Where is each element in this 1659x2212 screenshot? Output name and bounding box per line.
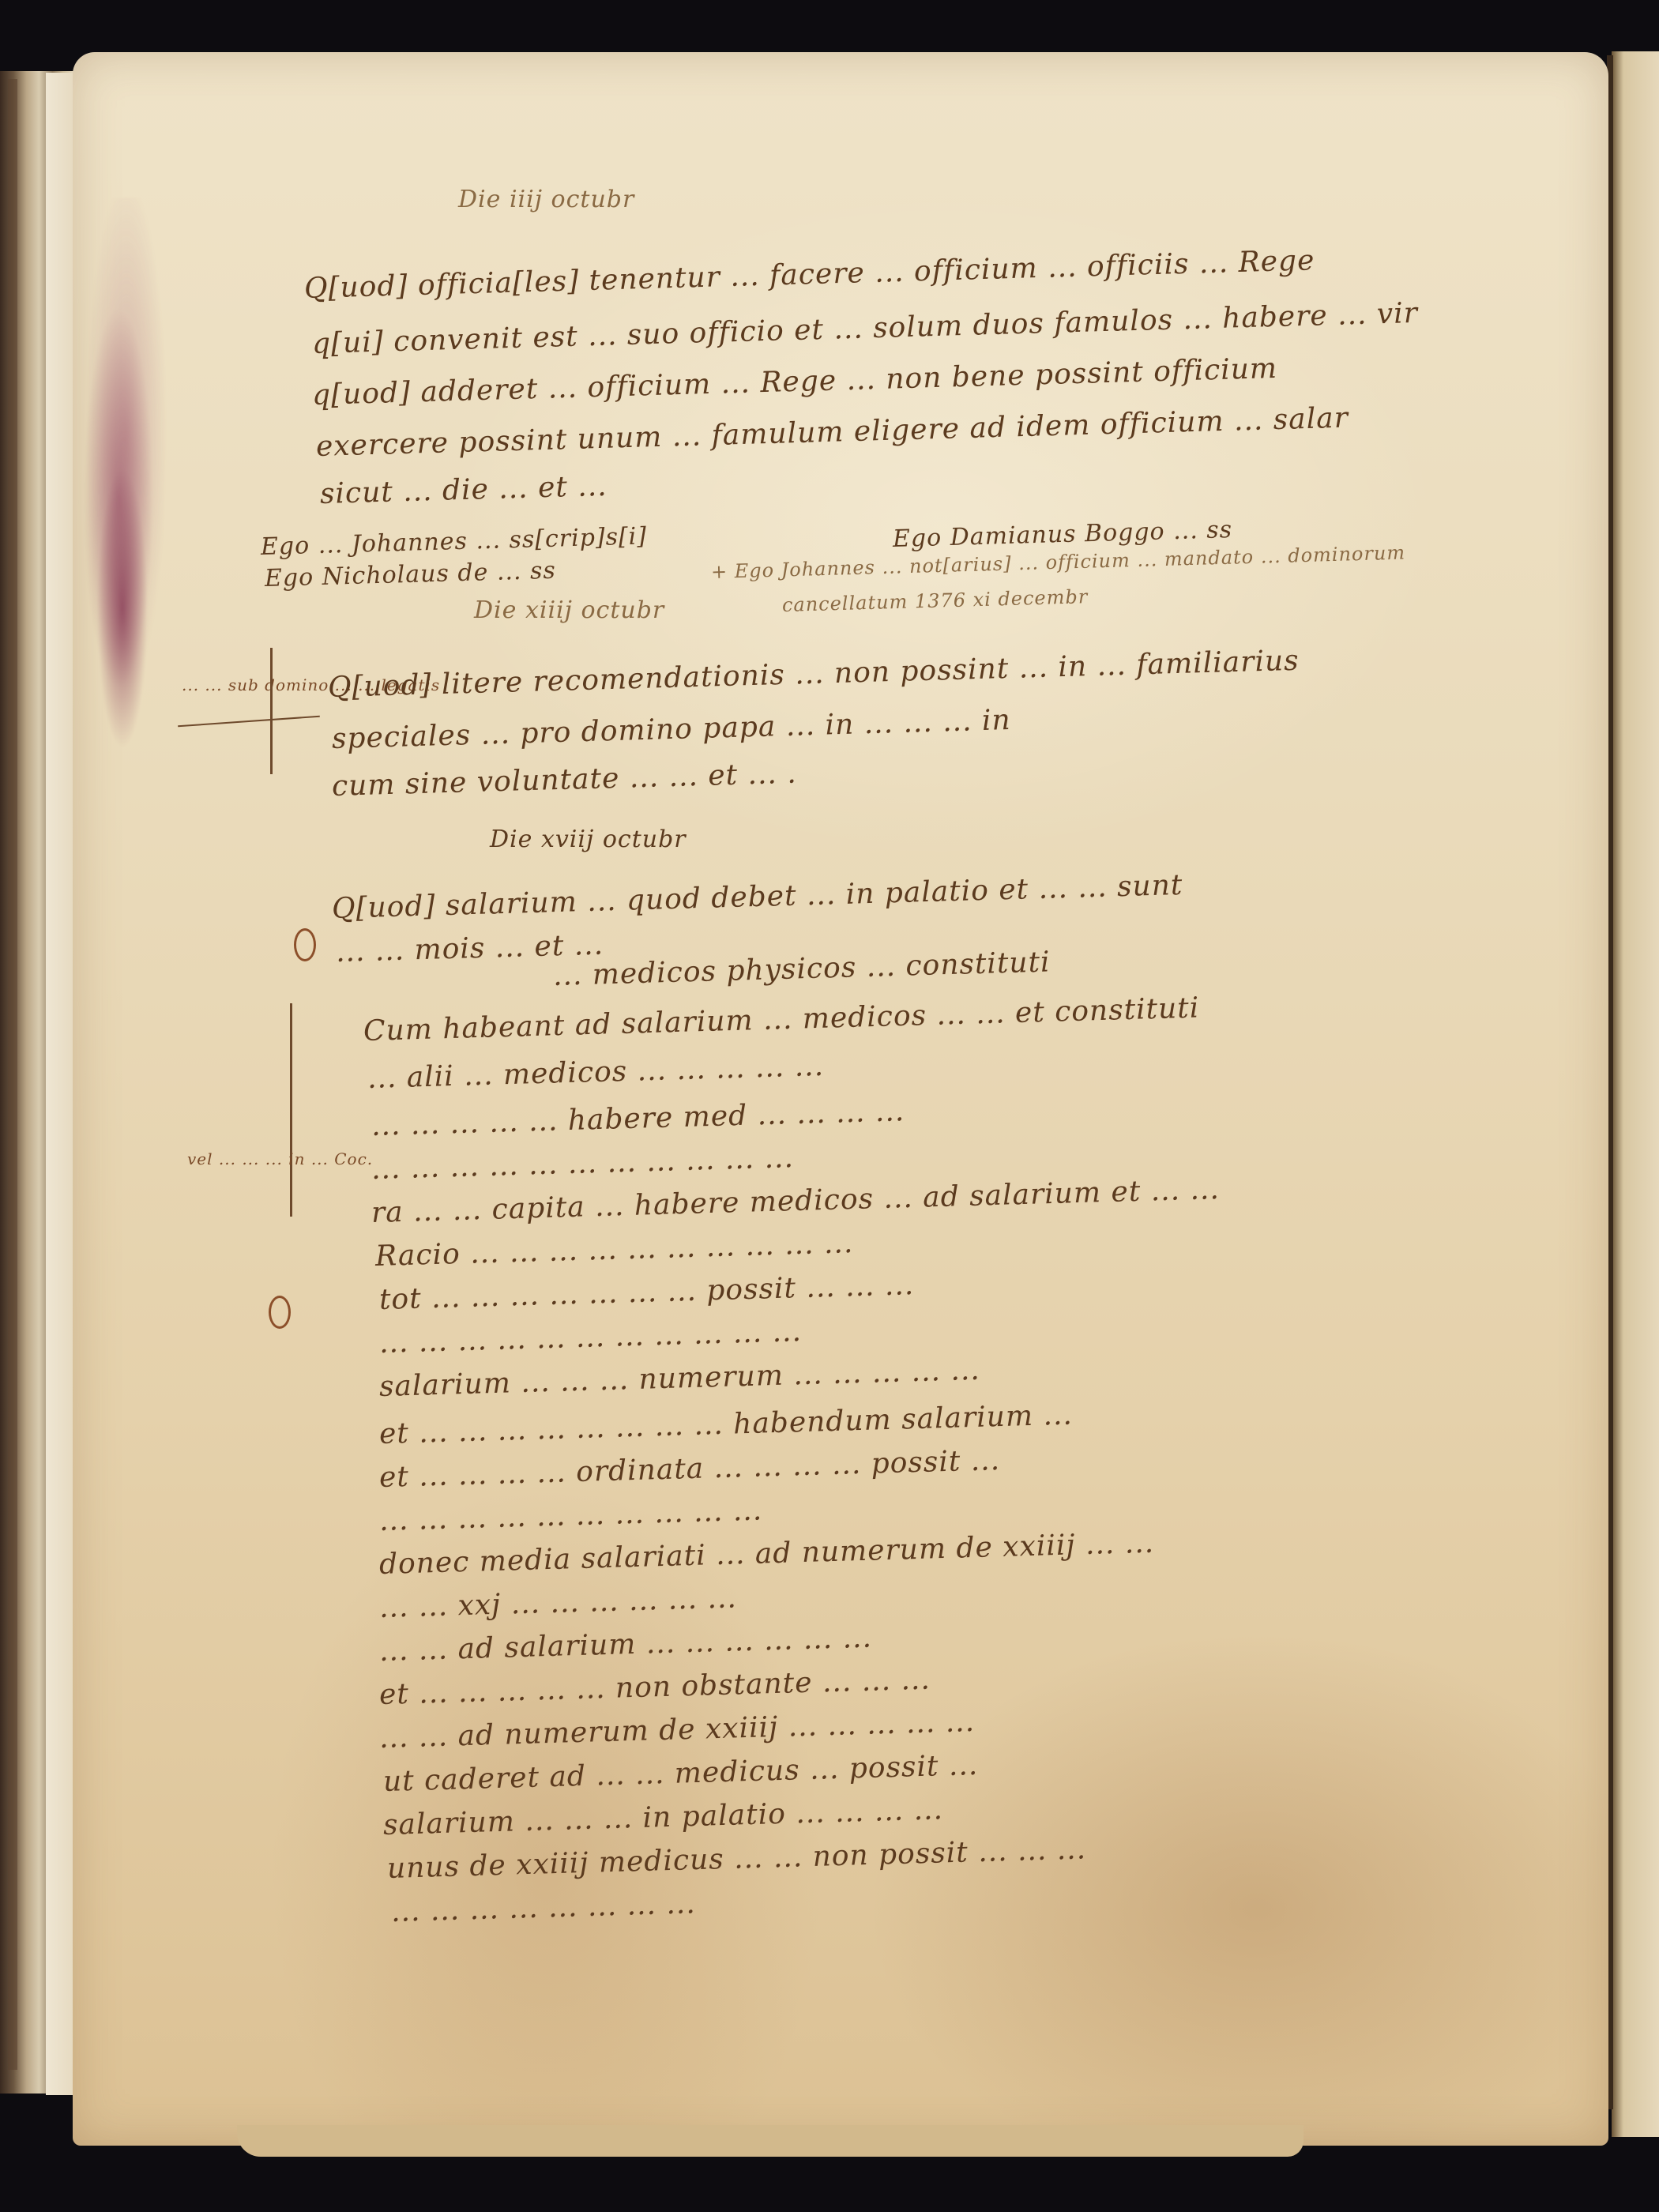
heading-day-1: Die iiij octubr (458, 186, 634, 213)
margin-circle-mark-2 (269, 1296, 291, 1329)
purple-stain (79, 197, 166, 853)
spine-strip (8, 79, 17, 2070)
margin-bracket (270, 648, 273, 774)
margin-circle-mark-1 (294, 928, 316, 961)
heading-day-2: Die xiiij octubr (474, 596, 664, 624)
leaf-torn-bottom (237, 2125, 1303, 2157)
facing-page-edge (1612, 51, 1659, 2137)
margin-note-2: vel ... ... ... in ... Coc. (187, 1149, 373, 1168)
heading-day-3: Die xviij octubr (490, 826, 687, 853)
margin-bracket-2 (290, 1003, 292, 1217)
